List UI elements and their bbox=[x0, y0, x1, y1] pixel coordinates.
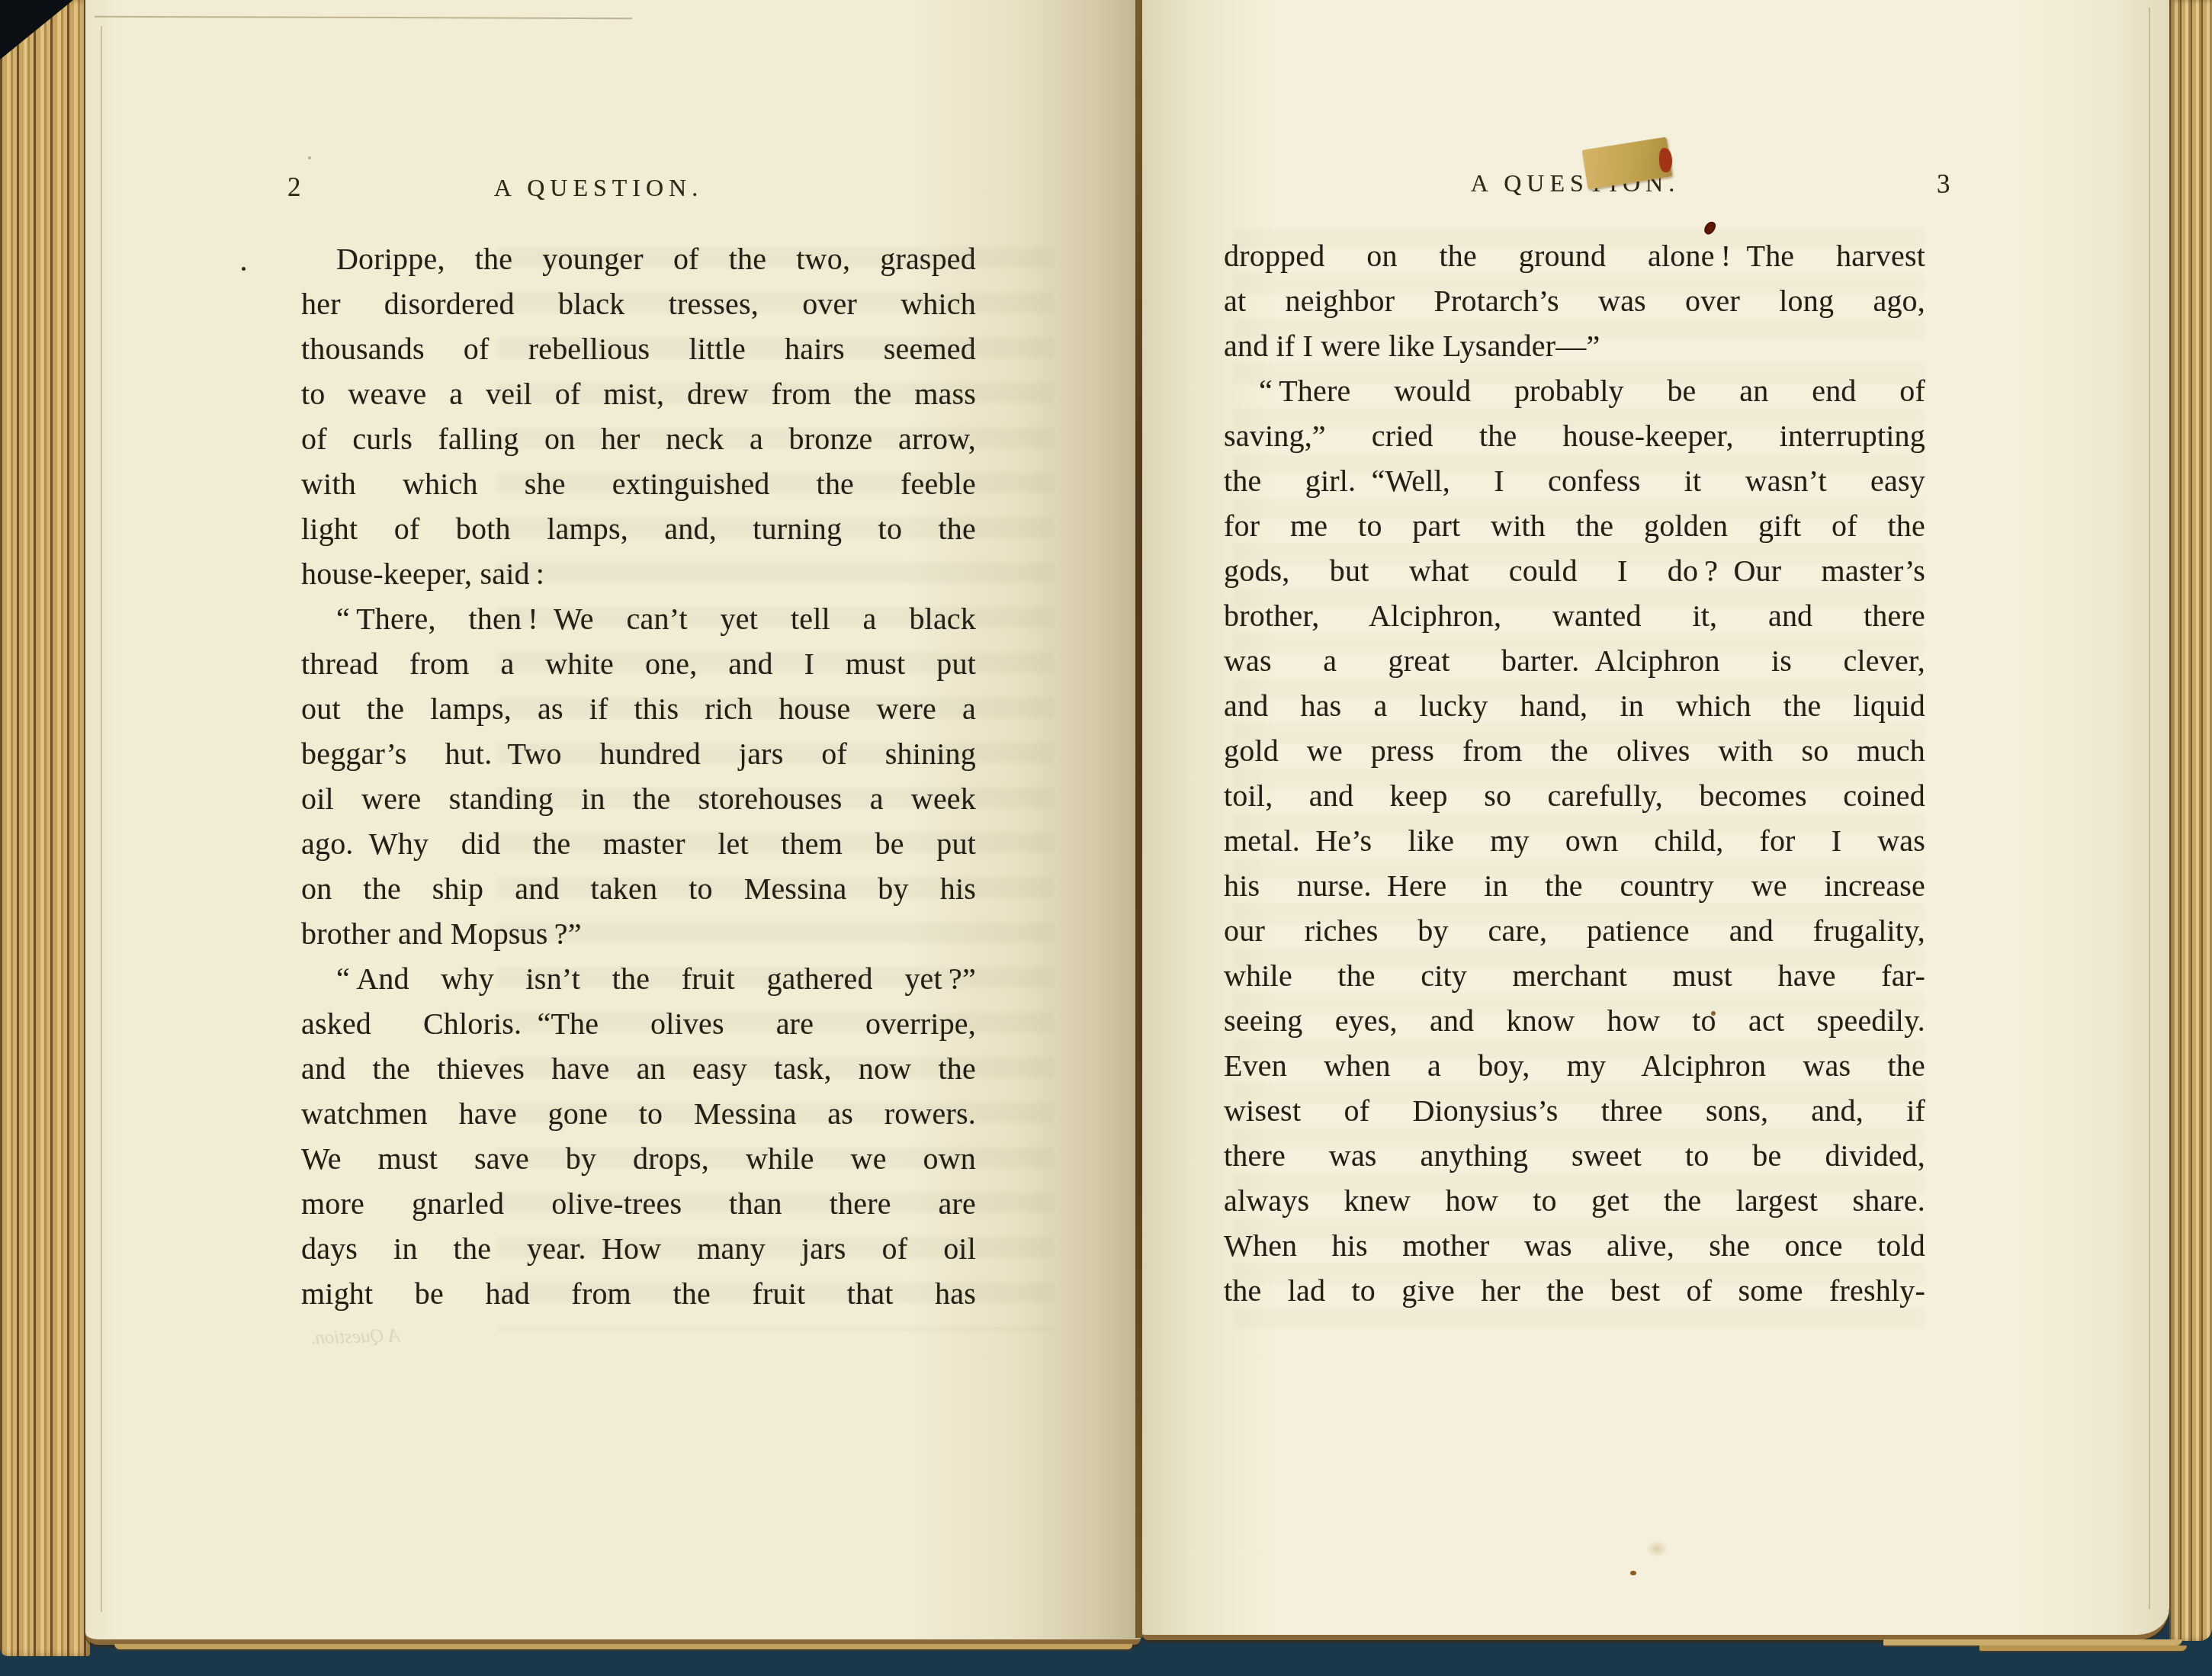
under-sheet-edge bbox=[1883, 1639, 2182, 1645]
right-page: A QUESTION. 3 dropped on the ground alon… bbox=[1142, 0, 2169, 1640]
page-edge-stack-right bbox=[2169, 0, 2212, 1641]
text-line: of curls falling on her neck a bronze ar… bbox=[301, 416, 976, 461]
page-edge-stack-left bbox=[0, 0, 90, 1656]
text-line: gold we press from the olives with so mu… bbox=[1224, 728, 1925, 773]
text-line: wisest of Dionysius’s three sons, and, i… bbox=[1224, 1088, 1925, 1133]
text-line: might be had from the fruit that has bbox=[301, 1271, 976, 1316]
under-sheet-edge bbox=[114, 1644, 1132, 1649]
page-number-left: 2 bbox=[287, 172, 301, 203]
text-line: metal. He’s like my own child, for I was bbox=[1224, 818, 1925, 863]
ink-speck bbox=[242, 267, 246, 271]
text-line: to weave a veil of mist, drew from the m… bbox=[301, 371, 976, 416]
text-line: days in the year. How many jars of oil bbox=[301, 1226, 976, 1271]
text-line: and if I were like Lysander—” bbox=[1224, 323, 1925, 368]
text-line: toil, and keep so carefully, becomes coi… bbox=[1224, 773, 1925, 818]
text-line: there was anything sweet to be divided, bbox=[1224, 1133, 1925, 1178]
text-line: gods, but what could I do ? Our master’s bbox=[1224, 548, 1925, 593]
text-line: his nurse. Here in the country we increa… bbox=[1224, 863, 1925, 908]
text-line: When his mother was alive, she once told bbox=[1224, 1223, 1925, 1268]
text-line: our riches by care, patience and frugali… bbox=[1224, 908, 1925, 953]
text-line: “ There, then ! We can’t yet tell a blac… bbox=[301, 596, 976, 641]
text-line: more gnarled olive-trees than there are bbox=[301, 1181, 976, 1226]
text-line: thread from a white one, and I must put bbox=[301, 641, 976, 686]
tape-stain bbox=[1659, 148, 1673, 172]
text-line: her disordered black tresses, over which bbox=[301, 281, 976, 326]
ink-speck bbox=[308, 156, 311, 159]
text-line: Dorippe, the younger of the two, grasped bbox=[301, 236, 976, 281]
left-page: 2 A QUESTION. Dorippe, the younger of th… bbox=[85, 0, 1141, 1645]
ink-speck bbox=[1711, 1011, 1716, 1016]
page-edge-crease bbox=[2149, 8, 2150, 1609]
text-line: always knew how to get the largest share… bbox=[1224, 1178, 1925, 1223]
text-line: asked Chloris. “The olives are overripe, bbox=[301, 1001, 976, 1046]
page-edge-hairline bbox=[95, 16, 632, 19]
book-scan: 2 A QUESTION. Dorippe, the younger of th… bbox=[0, 0, 2212, 1676]
left-page-text: Dorippe, the younger of the two, grasped… bbox=[301, 236, 976, 1316]
text-line: brother and Mopsus ?” bbox=[301, 911, 976, 956]
text-line: light of both lamps, and, turning to the bbox=[301, 506, 976, 551]
running-header-right: A QUESTION. bbox=[1385, 169, 1766, 197]
right-page-text: dropped on the ground alone ! The harves… bbox=[1224, 233, 1925, 1313]
page-edge-crease bbox=[101, 26, 102, 1612]
text-line: We must save by drops, while we own bbox=[301, 1136, 976, 1181]
text-line: for me to part with the golden gift of t… bbox=[1224, 503, 1925, 548]
ghost-showthrough-caption: A Question. bbox=[310, 1325, 400, 1349]
text-line: oil were standing in the storehouses a w… bbox=[301, 776, 976, 821]
text-line: and has a lucky hand, in which the liqui… bbox=[1224, 683, 1925, 728]
text-line: on the ship and taken to Messina by his bbox=[301, 866, 976, 911]
text-line: with which she extinguished the feeble bbox=[301, 461, 976, 506]
text-line: ago. Why did the master let them be put bbox=[301, 821, 976, 866]
paper-blotch bbox=[1645, 1540, 1668, 1557]
text-line: watchmen have gone to Messina as rowers. bbox=[301, 1091, 976, 1136]
gutter-shadow bbox=[1135, 0, 1142, 1638]
page-number-right: 3 bbox=[1937, 169, 1950, 200]
text-line: saving,” cried the house-keeper, interru… bbox=[1224, 413, 1925, 458]
under-sheet-edge bbox=[1979, 1645, 2187, 1651]
text-line: was a great barter. Alciphron is clever, bbox=[1224, 638, 1925, 683]
text-line: seeing eyes, and know how to act speedil… bbox=[1224, 998, 1925, 1043]
text-line: the lad to give her the best of some fre… bbox=[1224, 1268, 1925, 1313]
ink-speck bbox=[1630, 1571, 1636, 1575]
text-line: while the city merchant must have far- bbox=[1224, 953, 1925, 998]
text-line: at neighbor Protarch’s was over long ago… bbox=[1224, 278, 1925, 323]
text-line: and the thieves have an easy task, now t… bbox=[301, 1046, 976, 1091]
text-line: house-keeper, said : bbox=[301, 551, 976, 596]
running-header-left: A QUESTION. bbox=[408, 174, 789, 202]
text-line: the girl. “Well, I confess it wasn’t eas… bbox=[1224, 458, 1925, 503]
text-line: beggar’s hut. Two hundred jars of shinin… bbox=[301, 731, 976, 776]
text-line: Even when a boy, my Alciphron was the bbox=[1224, 1043, 1925, 1088]
text-line: “ And why isn’t the fruit gathered yet ?… bbox=[301, 956, 976, 1001]
text-line: out the lamps, as if this rich house wer… bbox=[301, 686, 976, 731]
text-line: “ There would probably be an end of bbox=[1224, 368, 1925, 413]
text-line: dropped on the ground alone ! The harves… bbox=[1224, 233, 1925, 278]
text-line: thousands of rebellious little hairs see… bbox=[301, 326, 976, 371]
text-line: brother, Alciphron, wanted it, and there bbox=[1224, 593, 1925, 638]
